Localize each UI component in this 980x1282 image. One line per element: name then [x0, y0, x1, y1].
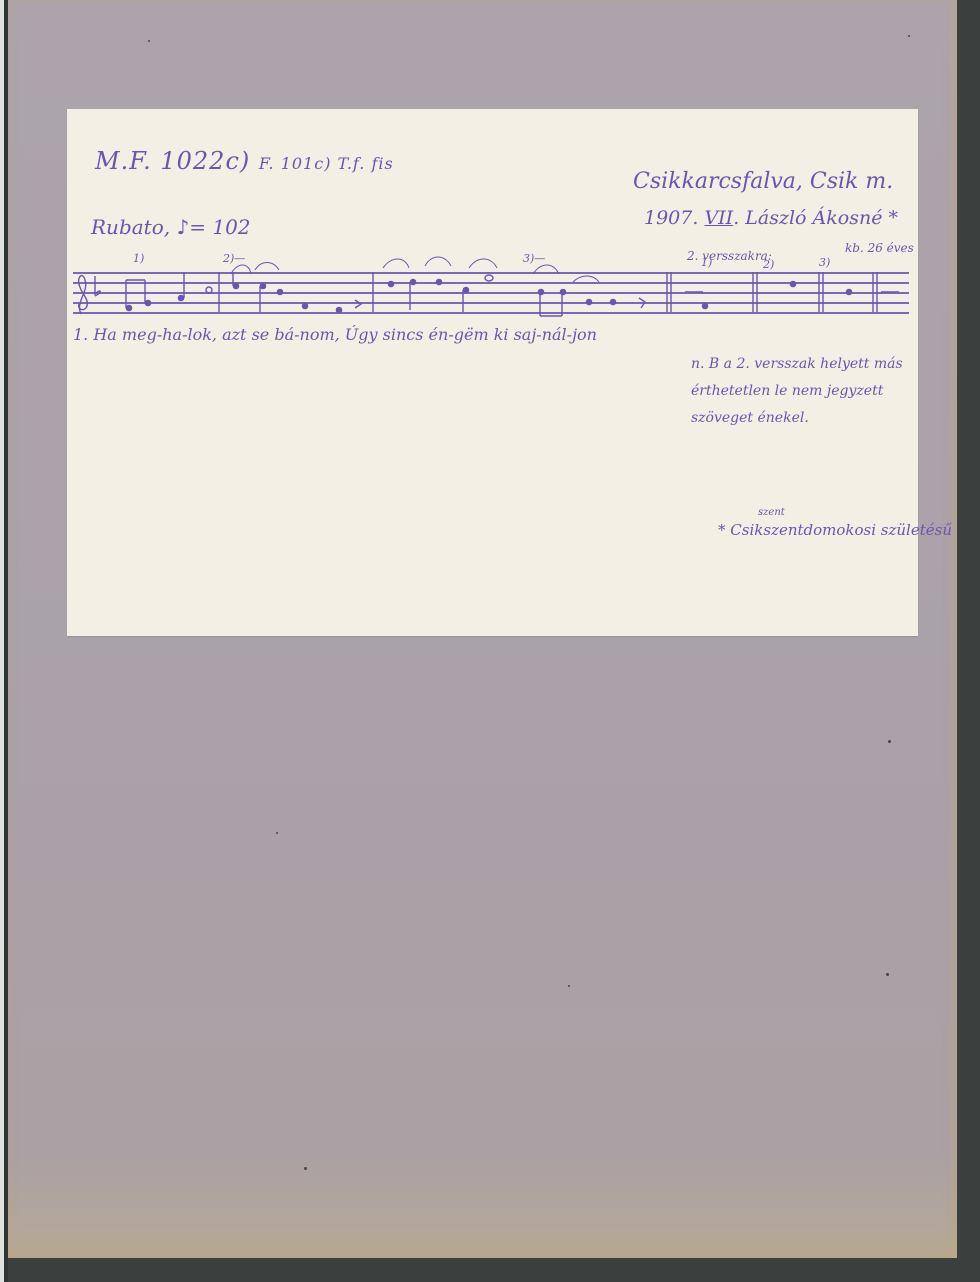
footnote-text: Csikszentdomokosi születésű	[730, 521, 952, 539]
singer-name: . László Ákosné	[733, 207, 882, 229]
footnote-asterisk: *	[718, 521, 726, 539]
variant-mark-3: 3)—	[523, 252, 545, 265]
footnote-insertion: szent	[758, 507, 785, 518]
board-speck	[148, 40, 150, 42]
footnote: * Csikszentdomokosi születésű szent	[718, 521, 952, 539]
tempo-marking: Rubato, ♪= 102	[91, 215, 251, 239]
remark-note: n. B a 2. versszak helyett más érthetetl…	[691, 351, 921, 432]
board-speck	[568, 985, 570, 987]
catalog-number: M.F. 1022c)	[95, 147, 250, 175]
board-speck	[304, 1167, 307, 1170]
variant-section-mark-2: 2)	[762, 258, 774, 271]
board-speck	[886, 973, 889, 976]
variant-section-label: 2. versszakra:	[687, 249, 772, 263]
variant-mark-1: 1)	[133, 252, 144, 265]
variant-section-mark-1: 1)	[701, 256, 712, 269]
asterisk-icon: *	[888, 207, 898, 229]
month: VII	[704, 207, 733, 229]
year: 1907.	[644, 207, 698, 229]
variant-section-mark-3: 3)	[819, 256, 830, 269]
manuscript-card: M.F. 1022c) F. 101c) T.f. fis Rubato, ♪=…	[67, 109, 918, 636]
catalog-signature: M.F. 1022c) F. 101c) T.f. fis	[95, 147, 394, 175]
eighth-note-icon: ♪	[176, 215, 189, 239]
music-staff: 1) 2)— 3)— 1) 2) 3)	[73, 272, 909, 316]
collection-place: Csikkarcsfalva, Csik m.	[633, 169, 893, 194]
board-speck	[908, 35, 910, 37]
board-speck	[888, 740, 891, 743]
secondary-reference: F. 101c) T.f. fis	[259, 154, 394, 173]
singer-age: kb. 26 éves	[845, 241, 914, 255]
music-notation-icon: 1) 2)— 3)— 1) 2) 3)	[73, 272, 909, 316]
date-and-singer: 1907. VII. László Ákosné *	[644, 207, 898, 229]
metronome-value: = 102	[189, 215, 250, 239]
variant-mark-2: 2)—	[222, 252, 245, 265]
board-speck	[276, 832, 278, 834]
lyrics-line: 1. Ha meg-ha-lok, azt se bá-nom, Úgy sin…	[73, 325, 597, 344]
tempo-text: Rubato,	[91, 215, 170, 239]
